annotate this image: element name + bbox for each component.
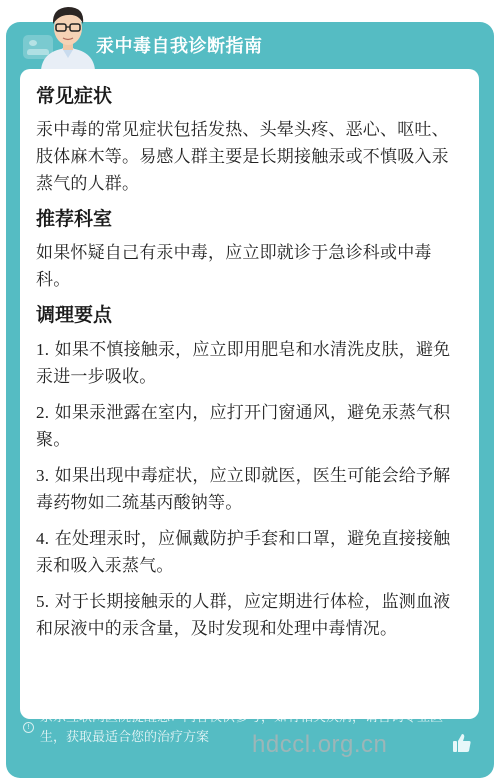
list-item: 2. 如果汞泄露在室内，应打开门窗通风，避免汞蒸气积聚。	[36, 399, 463, 454]
footer: ! 京东互联网医院提醒您：内容仅供参考，如有相关疾病，请咨询专业医生，获取最适合…	[14, 703, 474, 753]
item-number: 4.	[36, 529, 49, 548]
item-text: 对于长期接触汞的人群，应定期进行体检，监测血液和尿液中的汞含量，及时发现和处理中…	[36, 592, 450, 639]
thumbs-up-icon[interactable]	[452, 733, 472, 753]
item-number: 5.	[36, 592, 49, 611]
section-department: 推荐科室 如果怀疑自己有汞中毒，应立即就诊于急诊科或中毒科。	[36, 204, 463, 294]
item-number: 2.	[36, 403, 49, 422]
item-text: 如果出现中毒症状，应立即就医，医生可能会给予解毒药物如二巯基丙酸钠等。	[36, 466, 450, 513]
page-title: 汞中毒自我诊断指南	[96, 32, 263, 58]
item-text: 如果不慎接触汞，应立即用肥皂和水清洗皮肤，避免汞进一步吸收。	[36, 340, 450, 387]
list-item: 3. 如果出现中毒症状，应立即就医，医生可能会给予解毒药物如二巯基丙酸钠等。	[36, 462, 463, 517]
info-icon: !	[23, 722, 34, 733]
list-item: 1. 如果不慎接触汞，应立即用肥皂和水清洗皮肤，避免汞进一步吸收。	[36, 336, 463, 391]
header: 汞中毒自我诊断指南	[6, 22, 494, 70]
section-body: 汞中毒的常见症状包括发热、头晕头疼、恶心、呕吐、肢体麻木等。易感人群主要是长期接…	[36, 117, 463, 198]
section-body: 如果怀疑自己有汞中毒，应立即就诊于急诊科或中毒科。	[36, 240, 463, 294]
item-text: 如果汞泄露在室内，应打开门窗通风，避免汞蒸气积聚。	[36, 403, 450, 450]
watermark: hdccl.org.cn	[252, 731, 387, 759]
item-number: 1.	[36, 340, 49, 359]
content-card: 常见症状 汞中毒的常见症状包括发热、头晕头疼、恶心、呕吐、肢体麻木等。易感人群主…	[20, 69, 479, 719]
item-number: 3.	[36, 466, 49, 485]
section-title: 常见症状	[36, 81, 463, 111]
section-symptoms: 常见症状 汞中毒的常见症状包括发热、头晕头疼、恶心、呕吐、肢体麻木等。易感人群主…	[36, 81, 463, 198]
item-text: 在处理汞时，应佩戴防护手套和口罩，避免直接接触汞和吸入汞蒸气。	[36, 529, 450, 576]
section-care: 调理要点 1. 如果不慎接触汞，应立即用肥皂和水清洗皮肤，避免汞进一步吸收。 2…	[36, 300, 463, 643]
list-item: 5. 对于长期接触汞的人群，应定期进行体检，监测血液和尿液中的汞含量，及时发现和…	[36, 588, 463, 643]
section-title: 推荐科室	[36, 204, 463, 234]
disclaimer-text: 京东互联网医院提醒您：内容仅供参考，如有相关疾病，请咨询专业医生，获取最适合您的…	[40, 708, 450, 748]
doctor-avatar-icon	[33, 2, 103, 70]
guide-frame: 汞中毒自我诊断指南 常见症状 汞中毒的常见症状包括发热、头晕头疼、恶心、呕吐、肢…	[6, 22, 494, 778]
list-item: 4. 在处理汞时，应佩戴防护手套和口罩，避免直接接触汞和吸入汞蒸气。	[36, 525, 463, 580]
section-title: 调理要点	[36, 300, 463, 330]
